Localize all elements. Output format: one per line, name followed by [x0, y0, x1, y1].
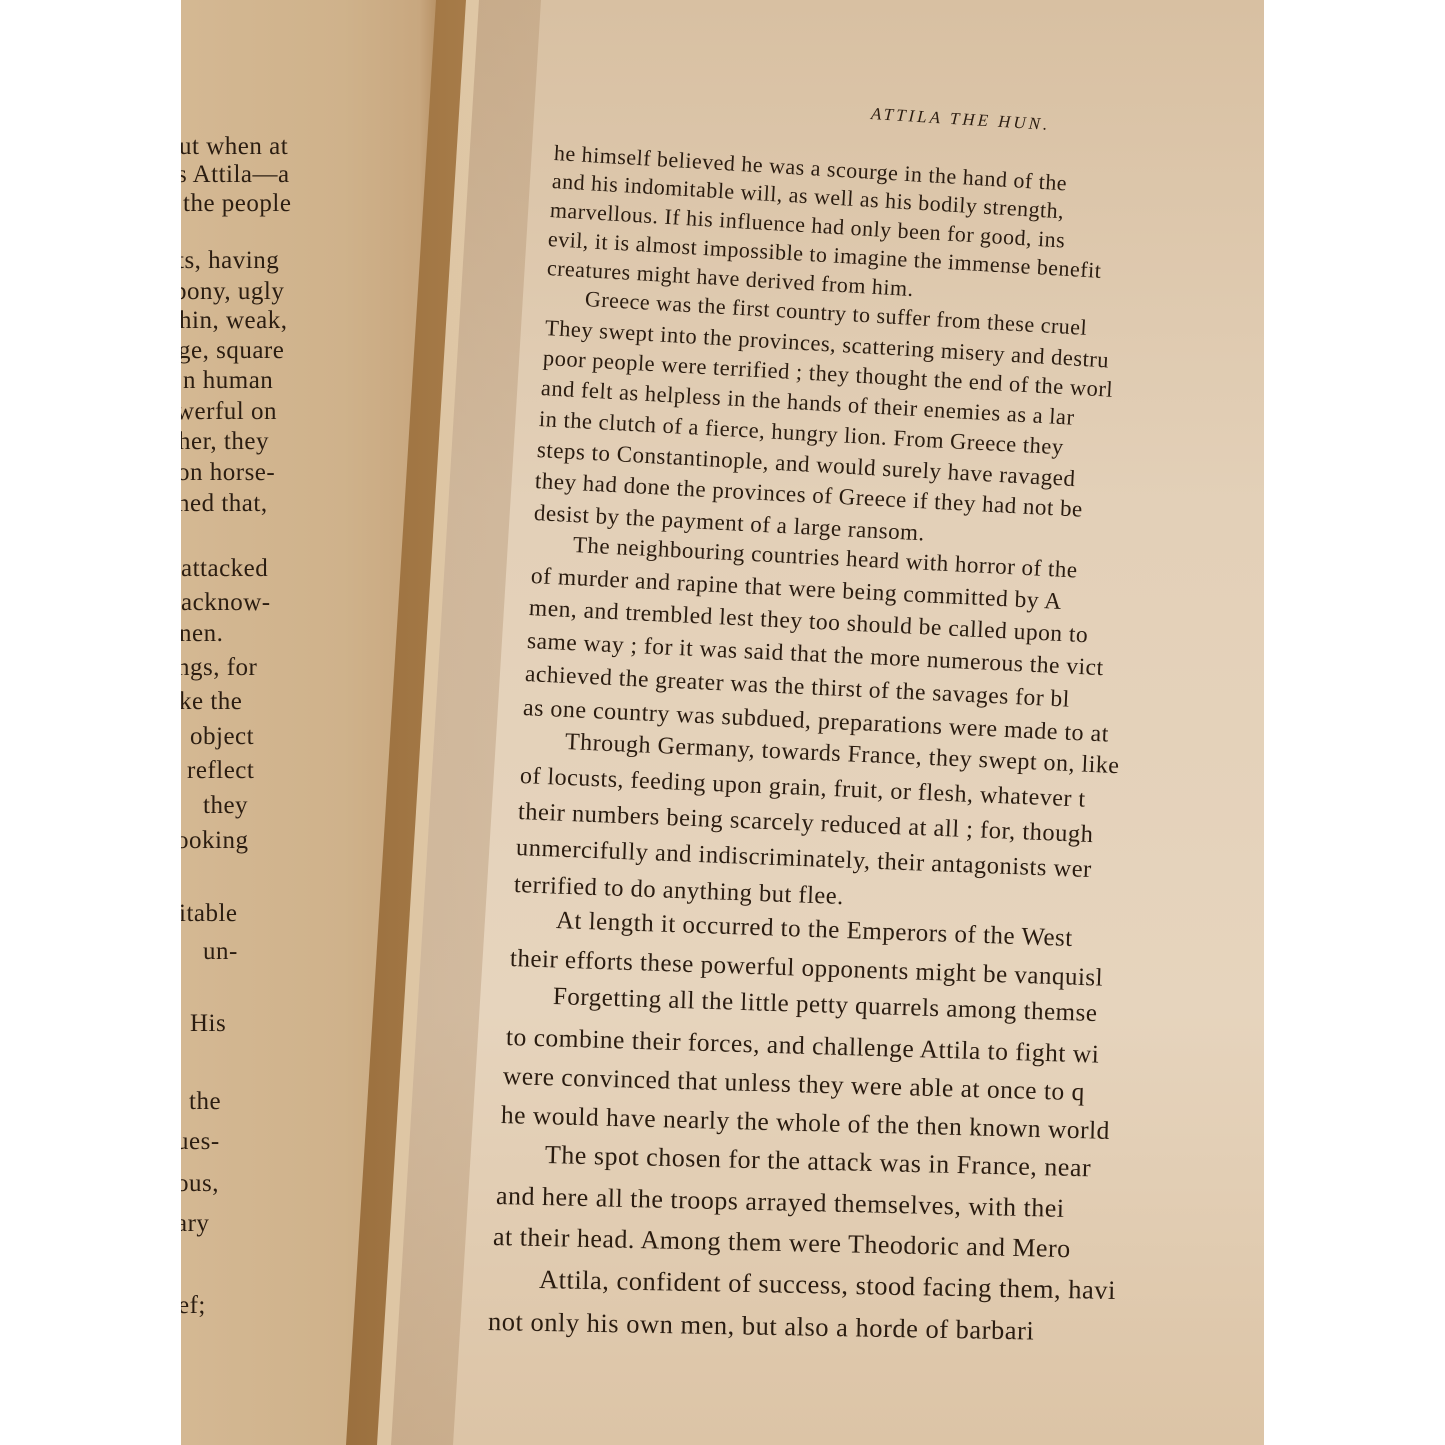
left-page-line: werful on [181, 398, 277, 426]
left-page-line: ke the [181, 688, 242, 716]
left-page-line: hin, weak, [181, 307, 287, 335]
book-photo: ut when at s Attila—a the people ts, hav… [181, 0, 1264, 1445]
left-page-line: un- [203, 938, 238, 966]
left-page-line: ge, square [181, 337, 284, 365]
left-page-line: pony, ugly [181, 278, 284, 306]
left-page-line: acknow- [181, 589, 271, 617]
left-page-line: her, they [181, 428, 269, 456]
left-page-line: attacked [181, 555, 268, 583]
left-page-line: ts, having [181, 247, 279, 275]
left-page-line: ooking [181, 827, 248, 855]
left-page-line: they [203, 792, 248, 820]
left-page-line: nen. [181, 620, 223, 648]
left-page-line: ned that, [181, 490, 268, 518]
left-page-line: object [190, 723, 254, 751]
left-page-line: His [190, 1010, 226, 1038]
left-page-line: the [189, 1088, 221, 1116]
left-page-line: s Attila—a [181, 161, 290, 189]
left-page-line: ut when at [181, 133, 288, 161]
left-page-line: n human [183, 367, 273, 395]
left-page-line: the people [183, 190, 291, 218]
left-page-line: reflect [187, 757, 254, 785]
left-page-line: ngs, for [181, 654, 257, 682]
left-page-line: ary [181, 1210, 209, 1238]
left-page-line: itable [181, 900, 238, 928]
left-page-line: ues- [181, 1128, 220, 1156]
left-page-line: ous, [181, 1170, 219, 1198]
left-page-line: on horse- [181, 459, 275, 487]
left-page-line: ef; [181, 1292, 206, 1320]
